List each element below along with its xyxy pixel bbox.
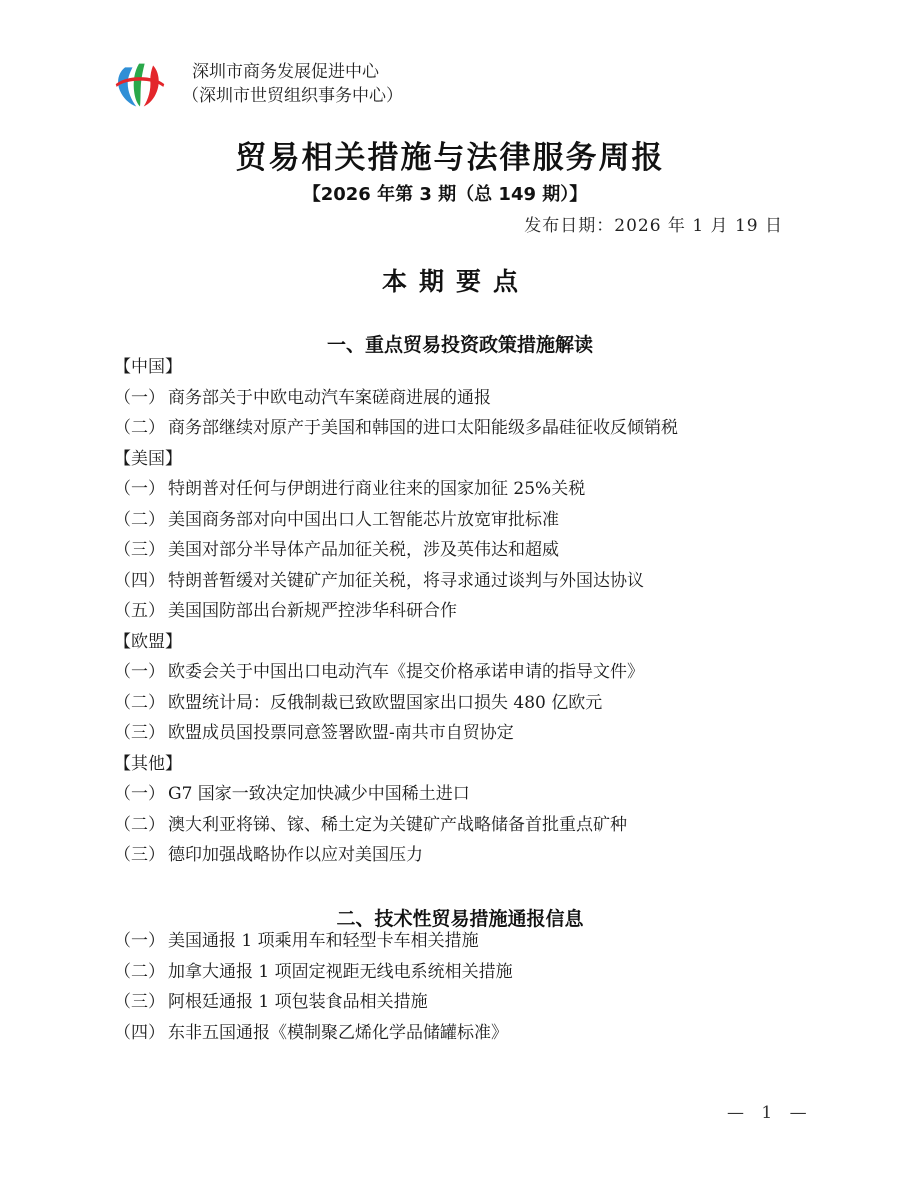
item-text: 欧委会关于中国出口电动汽车《提交价格承诺申请的指导文件》 [168,662,644,682]
highlights-heading: 本期要点 [0,262,900,298]
item-text: 美国国防部出台新规严控涉华科研合作 [168,601,457,621]
document-title: 贸易相关措施与法律服务周报 [0,132,900,177]
item-number: （三） [114,718,168,749]
list-item: （二）美国商务部对向中国出口人工智能芯片放宽审批标准 [114,505,814,536]
list-item: （一）美国通报 1 项乘用车和轻型卡车相关措施 [114,926,814,957]
item-number: （二） [114,505,168,536]
item-text: 阿根廷通报 1 项包装食品相关措施 [168,992,428,1012]
item-number: （三） [114,987,168,1018]
item-number: （一） [114,657,168,688]
item-number: （四） [114,566,168,597]
issue-number: 【2026 年第 3 期（总 149 期）】 [0,180,900,206]
list-item: （三）欧盟成员国投票同意签署欧盟-南共市自贸协定 [114,718,814,749]
item-text: 美国通报 1 项乘用车和轻型卡车相关措施 [168,931,479,951]
item-text: 德印加强战略协作以应对美国压力 [168,845,423,865]
list-item: （一）商务部关于中欧电动汽车案磋商进展的通报 [114,383,814,414]
item-text: 特朗普暂缓对关键矿产加征关税，将寻求通过谈判与外国达协议 [168,571,644,591]
list-item: （二）加拿大通报 1 项固定视距无线电系统相关措施 [114,957,814,988]
item-text: 加拿大通报 1 项固定视距无线电系统相关措施 [168,962,513,982]
item-text: 美国对部分半导体产品加征关税，涉及英伟达和超威 [168,540,559,560]
item-text: 商务部关于中欧电动汽车案磋商进展的通报 [168,388,491,408]
list-item: （五）美国国防部出台新规严控涉华科研合作 [114,596,814,627]
section-2-list: （一）美国通报 1 项乘用车和轻型卡车相关措施（二）加拿大通报 1 项固定视距无… [114,926,814,1048]
item-number: （一） [114,779,168,810]
list-item: （三）德印加强战略协作以应对美国压力 [114,840,814,871]
item-number: （三） [114,535,168,566]
item-number: （二） [114,957,168,988]
list-item: （四）东非五国通报《模制聚乙烯化学品储罐标准》 [114,1018,814,1049]
page-number: — 1 — [727,1103,813,1123]
item-number: （一） [114,383,168,414]
item-number: （四） [114,1018,168,1049]
item-number: （五） [114,596,168,627]
region-group-label: 【其他】 [114,749,814,780]
list-item: （一）特朗普对任何与伊朗进行商业往来的国家加征 25%关税 [114,474,814,505]
item-number: （三） [114,840,168,871]
org-subname: （深圳市世贸组织事务中心） [182,84,403,108]
item-text: 欧盟成员国投票同意签署欧盟-南共市自贸协定 [168,723,514,743]
list-item: （四）特朗普暂缓对关键矿产加征关税，将寻求通过谈判与外国达协议 [114,566,814,597]
list-item: （三）阿根廷通报 1 项包装食品相关措施 [114,987,814,1018]
item-number: （一） [114,474,168,505]
item-text: 澳大利亚将锑、镓、稀土定为关键矿产战略储备首批重点矿种 [168,815,627,835]
item-number: （一） [114,926,168,957]
item-number: （二） [114,810,168,841]
region-group-label: 【美国】 [114,444,814,475]
section-1-list: 【中国】（一）商务部关于中欧电动汽车案磋商进展的通报（二）商务部继续对原产于美国… [114,352,814,871]
list-item: （二）欧盟统计局：反俄制裁已致欧盟国家出口损失 480 亿欧元 [114,688,814,719]
region-group-label: 【欧盟】 [114,627,814,658]
item-number: （二） [114,688,168,719]
publication-date: 发布日期：2026 年 1 月 19 日 [524,211,783,236]
item-text: 美国商务部对向中国出口人工智能芯片放宽审批标准 [168,510,559,530]
org-name: 深圳市商务发展促进中心 [192,60,403,84]
list-item: （二）商务部继续对原产于美国和韩国的进口太阳能级多晶硅征收反倾销税 [114,413,814,444]
item-text: 特朗普对任何与伊朗进行商业往来的国家加征 25%关税 [168,479,585,499]
item-number: （二） [114,413,168,444]
list-item: （一）欧委会关于中国出口电动汽车《提交价格承诺申请的指导文件》 [114,657,814,688]
item-text: G7 国家一致决定加快减少中国稀土进口 [168,784,470,804]
org-logo-icon [112,58,168,114]
list-item: （二）澳大利亚将锑、镓、稀土定为关键矿产战略储备首批重点矿种 [114,810,814,841]
region-group-label: 【中国】 [114,352,814,383]
list-item: （三）美国对部分半导体产品加征关税，涉及英伟达和超威 [114,535,814,566]
item-text: 商务部继续对原产于美国和韩国的进口太阳能级多晶硅征收反倾销税 [168,418,678,438]
item-text: 东非五国通报《模制聚乙烯化学品储罐标准》 [168,1023,508,1043]
list-item: （一）G7 国家一致决定加快减少中国稀土进口 [114,779,814,810]
item-text: 欧盟统计局：反俄制裁已致欧盟国家出口损失 480 亿欧元 [168,693,602,713]
